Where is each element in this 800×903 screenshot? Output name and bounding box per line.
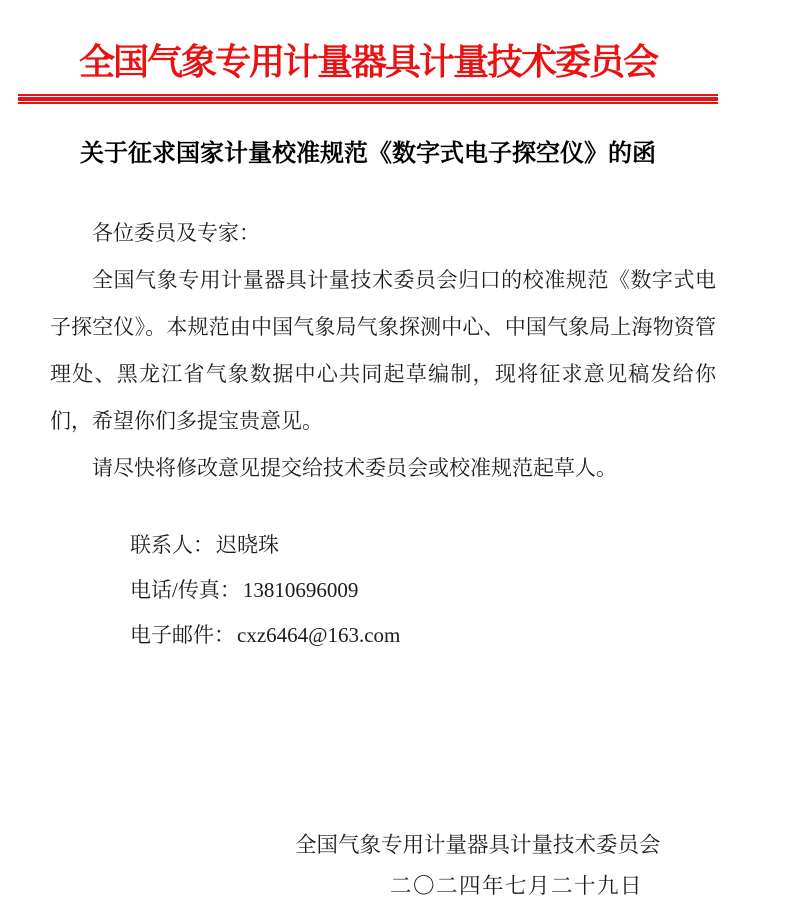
- signature-date: 二〇二四年七月二十九日: [390, 873, 643, 900]
- letter-body: 各位委员及专家： 全国气象专用计量器具计量技术委员会归口的校准规范《数字式电子探…: [50, 210, 716, 492]
- letterhead-divider: [18, 94, 718, 104]
- body-paragraph-2: 请尽快将修改意见提交给技术委员会或校准规范起草人。: [50, 445, 716, 492]
- signature-org-name: 全国气象专用计量器具计量技术委员会: [295, 832, 661, 859]
- document-page: 全国气象专用计量器具计量技术委员会 关于征求国家计量校准规范《数字式电子探空仪》…: [0, 0, 800, 903]
- contact-phone-fax-label: 电话/传真：: [130, 578, 241, 602]
- contact-phone-fax-row: 电话/传真：13810696009: [130, 568, 400, 613]
- contact-email-label: 电子邮件：: [130, 623, 235, 647]
- contact-phone-fax-value: 13810696009: [243, 578, 359, 602]
- contact-person-label: 联系人：: [130, 533, 214, 557]
- contact-email-row: 电子邮件：cxz6464@163.com: [130, 613, 400, 658]
- contact-person-value: 迟晓珠: [216, 533, 279, 557]
- body-paragraph-1: 全国气象专用计量器具计量技术委员会归口的校准规范《数字式电子探空仪》。本规范由中…: [50, 257, 716, 445]
- contact-person-row: 联系人：迟晓珠: [130, 523, 400, 568]
- document-title: 关于征求国家计量校准规范《数字式电子探空仪》的函: [18, 139, 718, 169]
- contact-block: 联系人：迟晓珠 电话/传真：13810696009 电子邮件：cxz6464@1…: [130, 523, 400, 658]
- contact-email-value: cxz6464@163.com: [237, 623, 400, 647]
- letterhead-divider-bottom-line: [18, 102, 718, 104]
- letterhead-org-name: 全国气象专用计量器具计量技术委员会: [18, 40, 718, 84]
- salutation: 各位委员及专家：: [50, 210, 716, 257]
